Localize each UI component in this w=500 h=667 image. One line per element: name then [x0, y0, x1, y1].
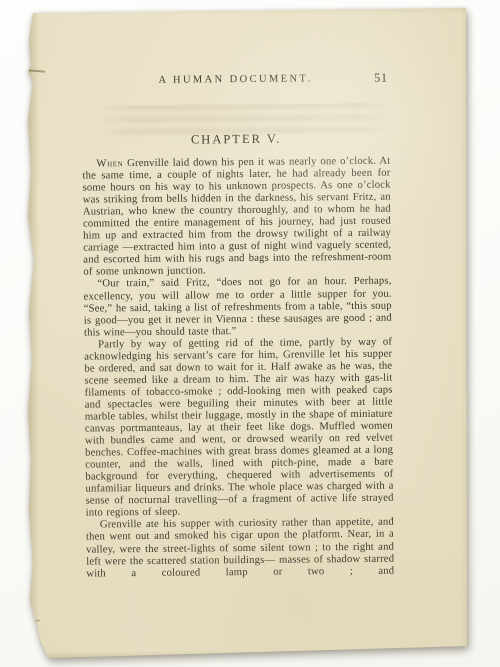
paragraph: Partly by way of getting rid of the time… — [84, 335, 394, 519]
small-caps-lead-word: When — [96, 157, 123, 169]
book-page: A HUMAN DOCUMENT. 51 CHAPTER V. When Gre… — [28, 8, 468, 660]
paragraph: “Our train,” said Fritz, “does not go fo… — [83, 275, 392, 338]
page-content: A HUMAN DOCUMENT. 51 CHAPTER V. When Gre… — [25, 6, 471, 662]
paper-sheet: A HUMAN DOCUMENT. 51 CHAPTER V. When Gre… — [28, 8, 468, 660]
paragraph: When Grenville laid down his pen it was … — [82, 155, 391, 278]
paragraph: Grenville ate his supper with curiosity … — [86, 516, 395, 579]
body-text: When Grenville laid down his pen it was … — [82, 155, 394, 580]
page-number: 51 — [374, 71, 388, 86]
running-header: A HUMAN DOCUMENT. — [82, 73, 390, 87]
running-header-row: A HUMAN DOCUMENT. 51 — [82, 73, 390, 90]
photo-background: A HUMAN DOCUMENT. 51 CHAPTER V. When Gre… — [0, 0, 500, 667]
chapter-heading: CHAPTER V. — [82, 131, 390, 149]
